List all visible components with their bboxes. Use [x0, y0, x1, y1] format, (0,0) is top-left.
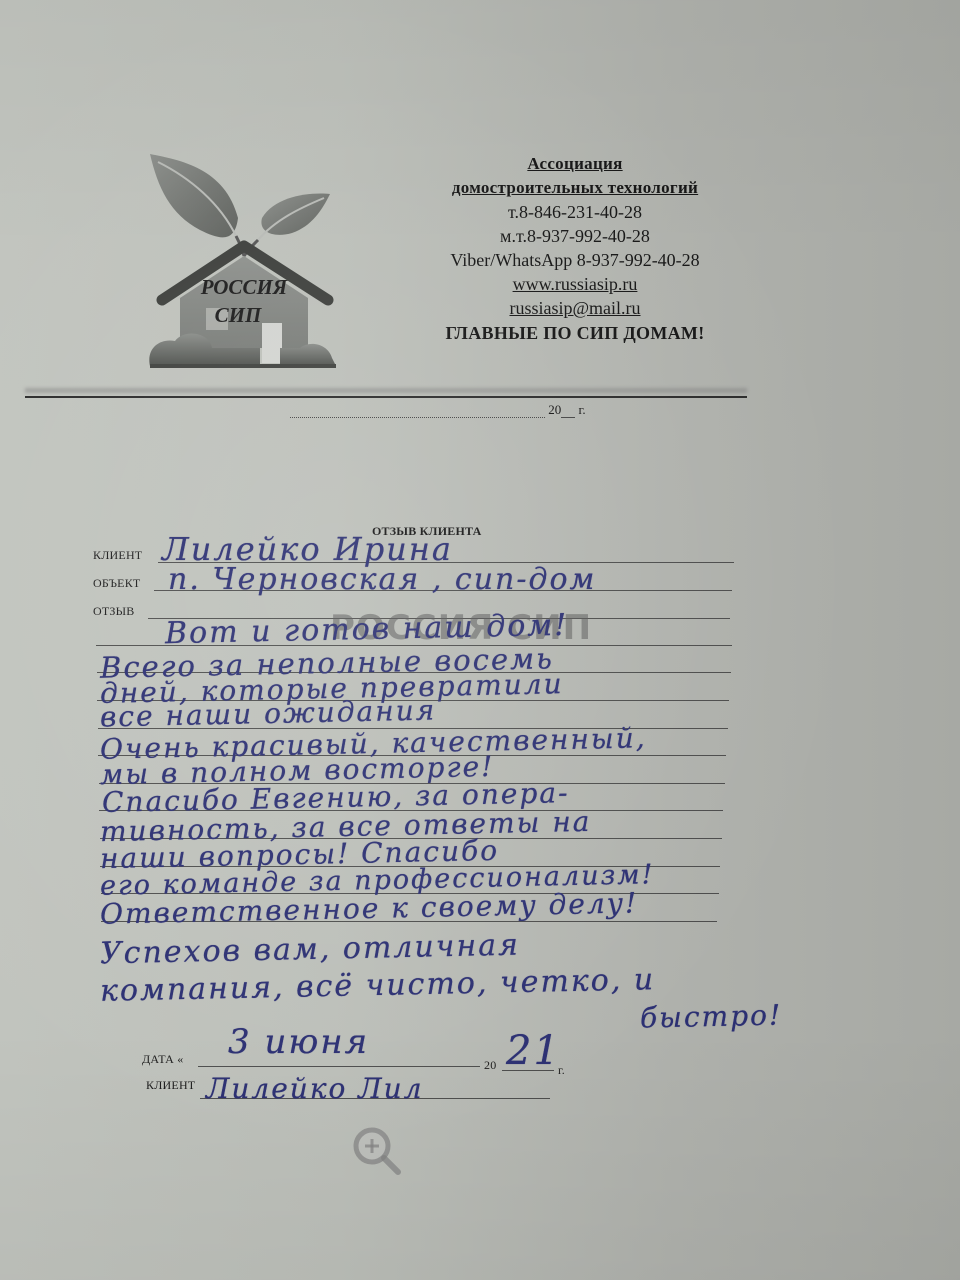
- review-label: ОТЗЫВ: [93, 604, 134, 619]
- messengers-phone: Viber/WhatsApp 8-937-992-40-28: [395, 248, 755, 272]
- organization-header: Ассоциация домостроительных технологий т…: [395, 152, 755, 346]
- org-name-line2: домостроительных технологий: [395, 176, 755, 200]
- date-line: [198, 1066, 480, 1067]
- email-link[interactable]: russiasip@mail.ru: [395, 296, 755, 320]
- svg-text:РОССИЯ: РОССИЯ: [200, 275, 288, 299]
- review-text-line: быстро!: [640, 999, 783, 1035]
- review-text-line: Успехов вам, отличная: [100, 928, 521, 972]
- slogan: ГЛАВНЫЕ ПО СИП ДОМАМ!: [395, 320, 755, 346]
- zoom-in-button[interactable]: [348, 1122, 408, 1182]
- date-value: 3 июня: [228, 1022, 369, 1062]
- top-date-year-prefix: 20: [548, 402, 561, 417]
- phone: т.8-846-231-40-28: [395, 200, 755, 224]
- client-label: КЛИЕНТ: [93, 548, 142, 563]
- top-date-year-blank: [561, 405, 575, 418]
- date-label: ДАТА «: [142, 1052, 183, 1067]
- website-link[interactable]: www.russiasip.ru: [395, 272, 755, 296]
- document-page: РОССИЯ СИП Ассоциация домостроительных т…: [0, 0, 960, 1280]
- signature-label: КЛИЕНТ: [146, 1078, 195, 1093]
- mobile-phone: м.т.8-937-992-40-28: [395, 224, 755, 248]
- signature-value: Лилейко Лил: [206, 1072, 424, 1105]
- header-divider: [25, 396, 747, 398]
- top-date-blank: [290, 403, 545, 418]
- house-with-sprout-logo-icon: РОССИЯ СИП: [140, 148, 340, 378]
- org-name-line1: Ассоциация: [395, 152, 755, 176]
- date-year-value: 21: [506, 1028, 561, 1074]
- top-date-field: 20 г.: [290, 402, 586, 418]
- svg-text:СИП: СИП: [215, 303, 262, 327]
- date-year-prefix: 20: [484, 1058, 496, 1073]
- top-date-year-suffix: г.: [579, 402, 586, 417]
- header-shadow-rule: [25, 388, 747, 393]
- object-label: ОБЪЕКТ: [93, 576, 140, 591]
- zoom-in-icon: [348, 1122, 408, 1182]
- company-logo: РОССИЯ СИП: [140, 148, 340, 378]
- object-value: п. Черновская , сип-дом: [168, 562, 596, 597]
